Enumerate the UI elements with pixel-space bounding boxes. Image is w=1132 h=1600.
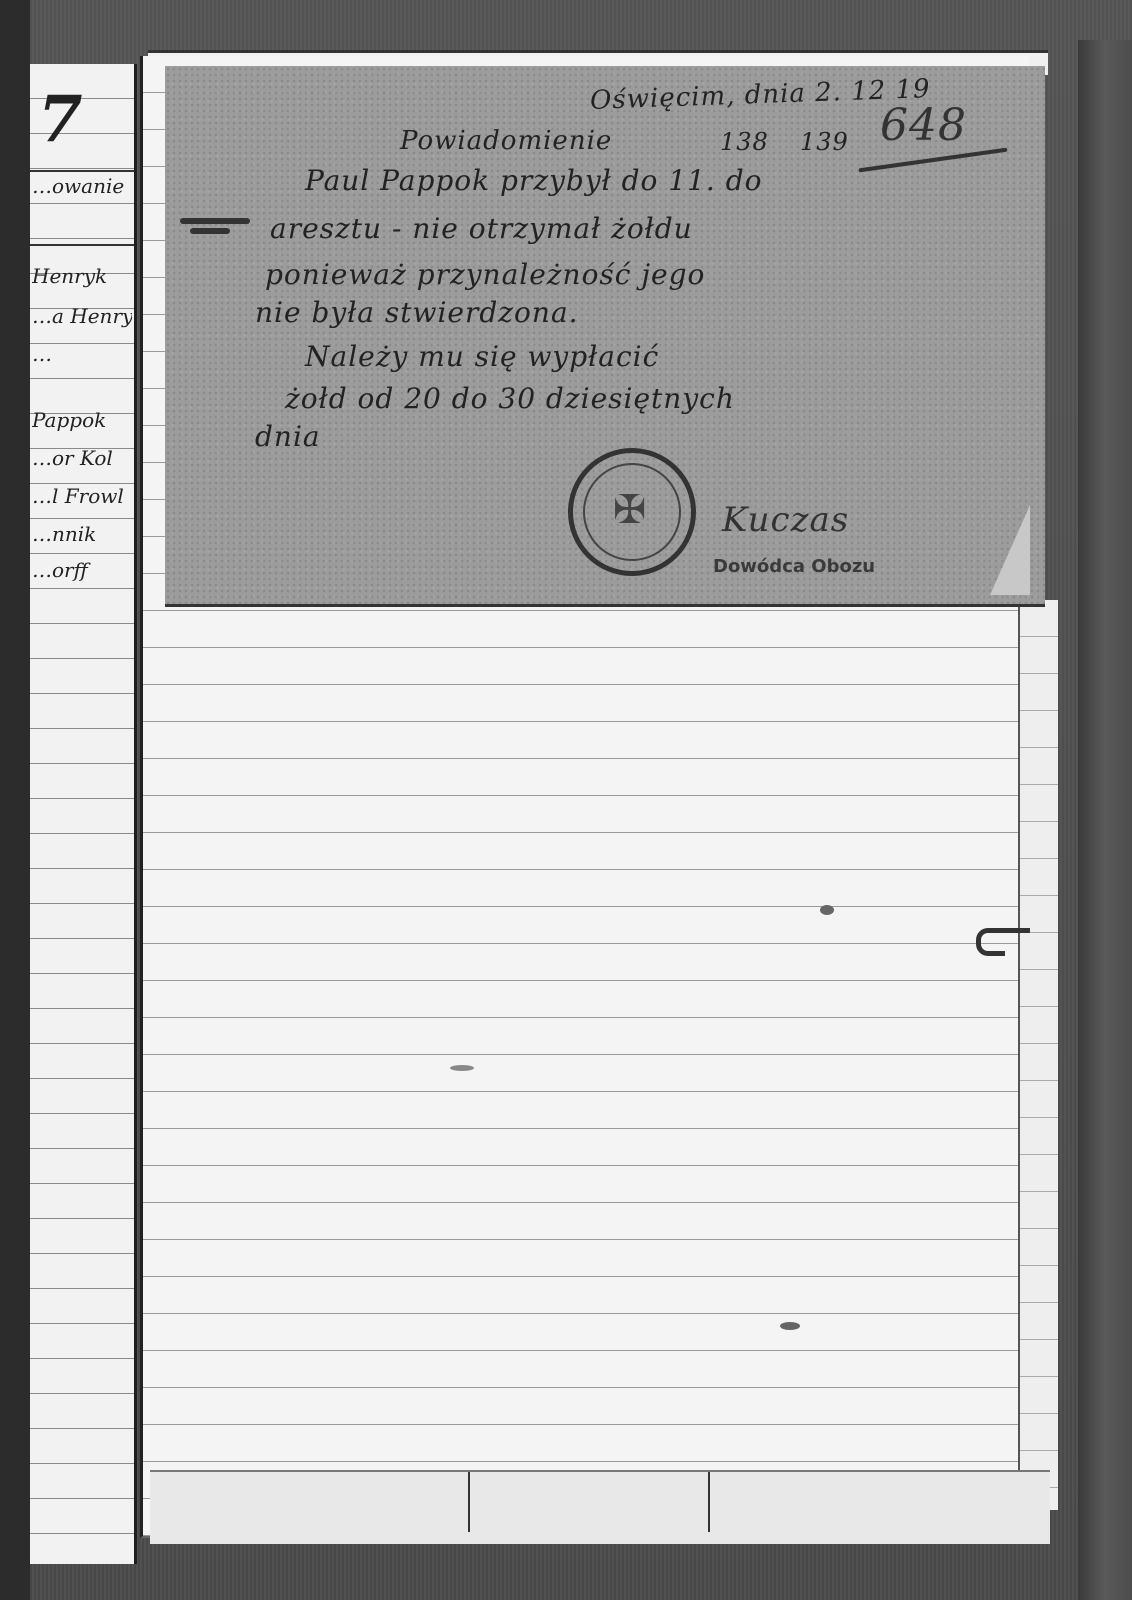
note-line: aresztu - nie otrzymał żołdu xyxy=(270,212,693,245)
fold-crease xyxy=(468,1472,470,1532)
register-entry: …nnik xyxy=(32,522,132,546)
reference-number: 139 xyxy=(800,128,849,156)
signatory-title: Dowódca Obozu xyxy=(713,556,875,577)
register-entry: …or Kol xyxy=(32,446,132,470)
note-line: Należy mu się wypłacić xyxy=(305,340,659,373)
register-page-number: 7 xyxy=(38,82,83,157)
ink-mark xyxy=(990,928,1030,933)
register-column-header: …owanie xyxy=(32,174,132,198)
ruled-page-right-edge xyxy=(1020,600,1058,1510)
register-entry: Henryk xyxy=(32,264,132,288)
left-register-page: 7 …owanie Henryk …a Henryk … Pappok …or … xyxy=(30,64,137,1564)
register-entry: Pappok xyxy=(32,408,132,432)
ruled-page-margin-line xyxy=(1018,600,1020,1480)
official-seal-stamp: ✠ xyxy=(568,448,696,576)
fold-crease xyxy=(708,1472,710,1532)
note-folded-corner xyxy=(990,505,1030,595)
stain xyxy=(450,1065,474,1071)
note-line: żołd od 20 do 30 dziesiętnych xyxy=(285,382,735,415)
reference-number: 138 xyxy=(720,128,769,156)
eagle-seal-icon: ✠ xyxy=(613,487,647,533)
page-bottom-fold xyxy=(150,1470,1050,1544)
reference-number-primary: 648 xyxy=(880,100,967,151)
note-line: Paul Pappok przybył do 11. do xyxy=(305,164,763,197)
register-entry: …a Henryk xyxy=(32,304,132,328)
register-entry: … xyxy=(32,342,132,366)
register-divider xyxy=(30,244,134,246)
ink-blot xyxy=(780,1322,800,1330)
register-entry: …l Frowl xyxy=(32,484,132,508)
binding-shadow-left xyxy=(0,0,30,1600)
signature: Kuczas xyxy=(722,500,849,540)
binding-shadow-right xyxy=(1078,40,1132,1600)
register-divider xyxy=(30,170,134,172)
note-line: ponieważ przynależność jego xyxy=(265,258,705,291)
note-line: dnia xyxy=(255,420,321,453)
note-line: nie była stwierdzona. xyxy=(255,296,579,329)
arrow-mark-icon xyxy=(180,218,260,232)
register-entry: …orff xyxy=(32,558,132,582)
ink-blot xyxy=(820,905,834,915)
note-title: Powiadomienie xyxy=(400,126,612,156)
